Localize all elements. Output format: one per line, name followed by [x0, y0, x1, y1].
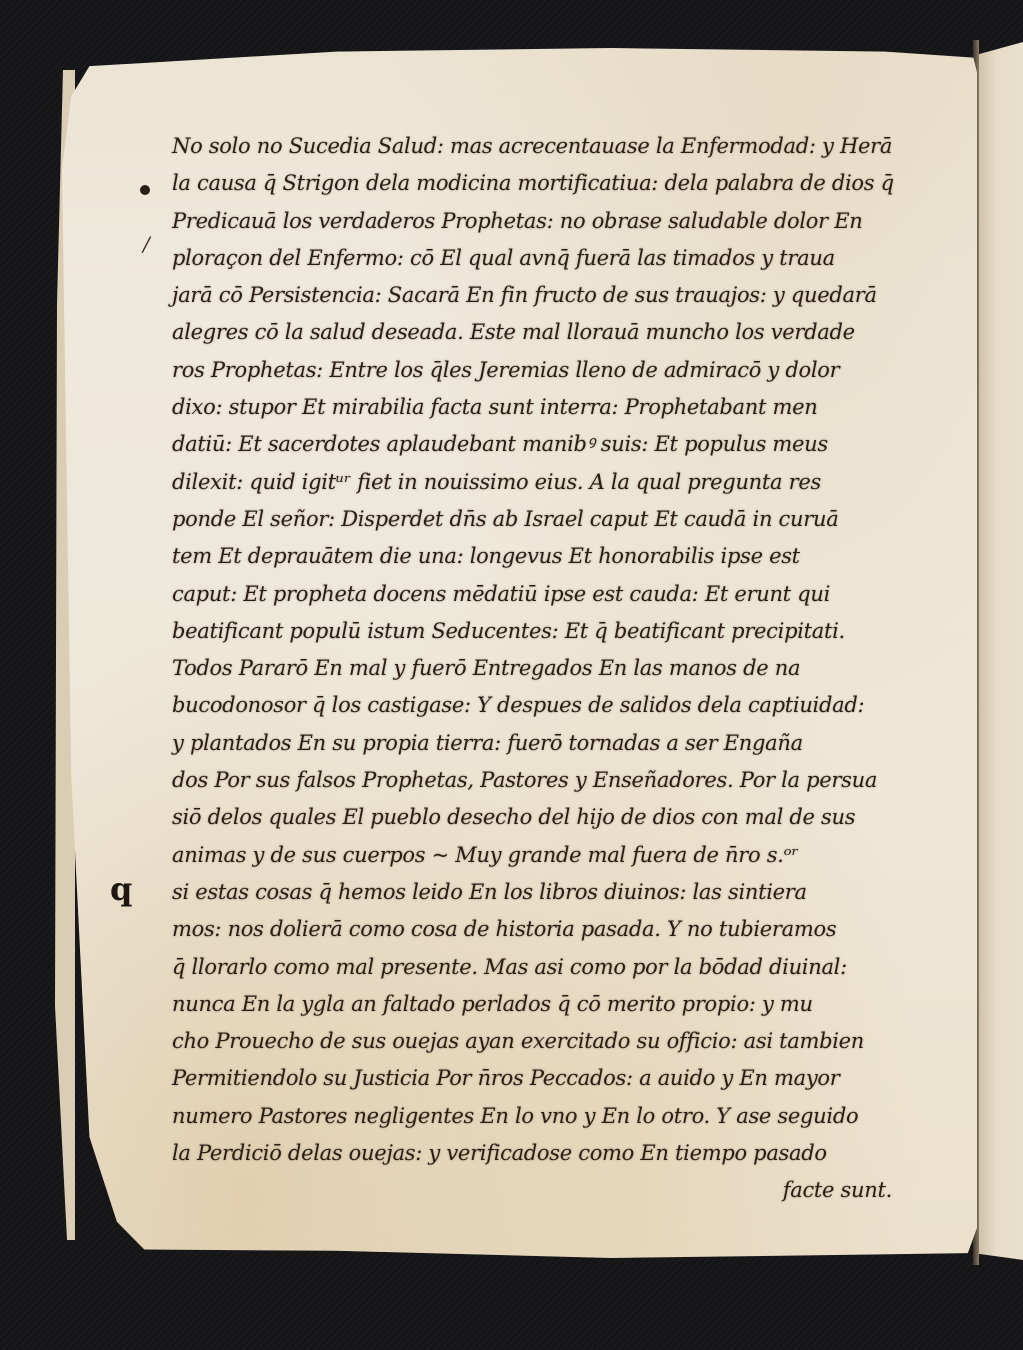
text-line: q̄ llorarlo como mal presente. Mas asi c…	[172, 949, 952, 986]
text-line: si estas cosas q̄ hemos leido En los lib…	[172, 874, 952, 911]
text-line: ploraçon del Enfermo: cō El qual avnq̄ f…	[172, 240, 952, 277]
text-line: la Perdiciō delas ouejas: y verificadose…	[172, 1135, 952, 1172]
text-line: mos: nos dolierā como cosa de historia p…	[172, 911, 952, 948]
margin-bullet-mark	[140, 185, 150, 195]
text-line: jarā cō Persistencia: Sacarā En fin fruc…	[172, 277, 952, 314]
closing-line: facte sunt.	[172, 1172, 952, 1209]
manuscript-text-block: No solo no Sucedia Salud: mas acrecentau…	[172, 128, 952, 1210]
text-line: cho Prouecho de sus ouejas ayan exercita…	[172, 1023, 952, 1060]
facing-page-edge	[979, 42, 1023, 1260]
text-line: siō delos quales El pueblo desecho del h…	[172, 799, 952, 836]
text-line: y plantados En su propia tierra: fuerō t…	[172, 725, 952, 762]
text-line: la causa q̄ Strigon dela modicina mortif…	[172, 165, 952, 202]
text-line: dixo: stupor Et mirabilia facta sunt int…	[172, 389, 952, 426]
text-line: ros Prophetas: Entre los q̄les Jeremias …	[172, 352, 952, 389]
text-line: dos Por sus falsos Prophetas, Pastores y…	[172, 762, 952, 799]
text-line: dilexit: quid igitᵘʳ fiet in nouissimo e…	[172, 464, 952, 501]
text-line: Todos Pararō En mal y fuerō Entregados E…	[172, 650, 952, 687]
text-line: bucodonosor q̄ los castigase: Y despues …	[172, 687, 952, 724]
text-line: beatificant populū istum Seducentes: Et …	[172, 613, 952, 650]
text-line: Permitiendolo su Justicia Por n̄ros Pecc…	[172, 1060, 952, 1097]
text-line: numero Pastores negligentes En lo vno y …	[172, 1098, 952, 1135]
text-line: animas y de sus cuerpos ~ Muy grande mal…	[172, 837, 952, 874]
text-line: No solo no Sucedia Salud: mas acrecentau…	[172, 128, 952, 165]
text-line: ponde El señor: Disperdet dn̄s ab Israel…	[172, 501, 952, 538]
paragraph-mark-icon: q	[110, 870, 132, 908]
text-line: nunca En la ygla an faltado perlados q̄ …	[172, 986, 952, 1023]
text-line: caput: Et propheta docens mēdatiū ipse e…	[172, 576, 952, 613]
text-line: tem Et deprauātem die una: longevus Et h…	[172, 538, 952, 575]
text-line: Predicauā los verdaderos Prophetas: no o…	[172, 203, 952, 240]
text-line: alegres cō la salud deseada. Este mal ll…	[172, 314, 952, 351]
margin-tick-mark: /	[143, 232, 150, 256]
text-line: datiū: Et sacerdotes aplaudebant manibꝰ …	[172, 426, 952, 463]
